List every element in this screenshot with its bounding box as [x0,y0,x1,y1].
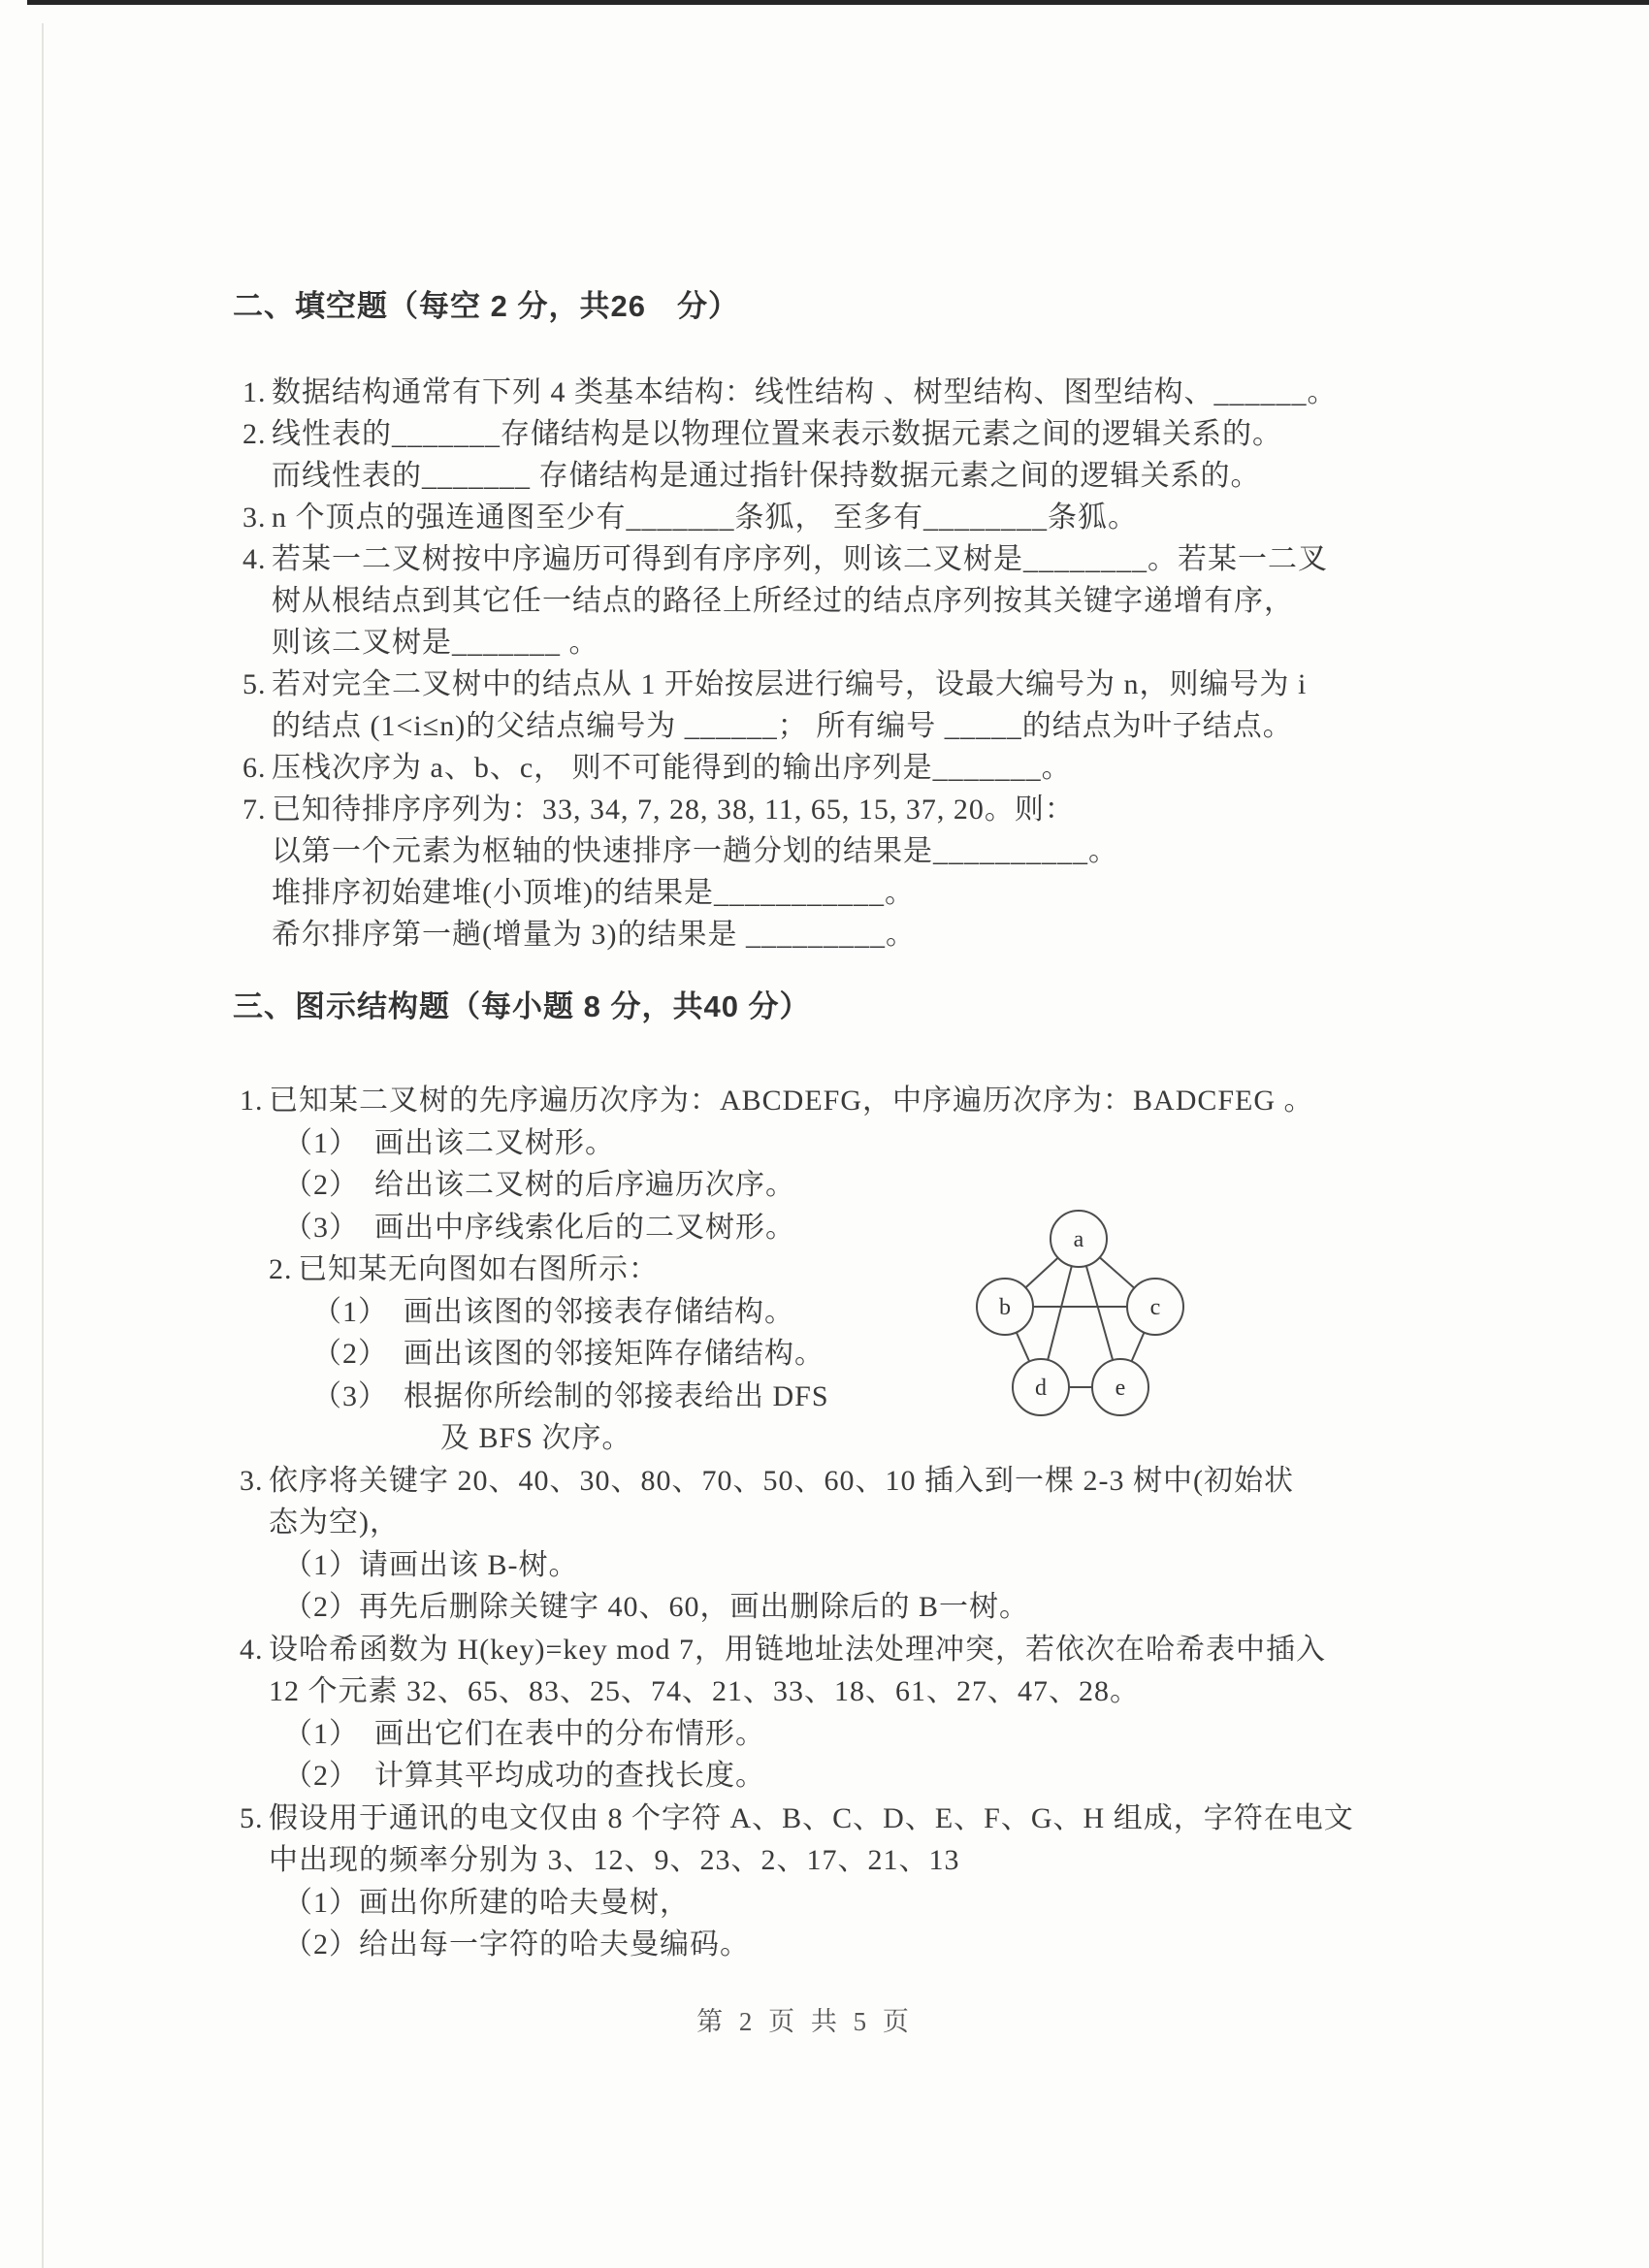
section-title-fill-in-blanks: 二、填空题（每空 2 分，共26 分） [233,287,739,326]
text-line: （3） 画出中序线索化后的二叉树形。 [0,1207,1649,1249]
item-number: 3. [240,1460,264,1503]
text-line: （1）请画出该 B-树。 [0,1544,1649,1587]
section-fill-in-blanks-body: 1.数据结构通常有下列 4 类基本结构：线性结构 、树型结构、图型结构、____… [0,372,1649,956]
scan-top-edge [27,0,1649,5]
text-line: 1.已知某二叉树的先序遍历次序为：ABCDEFG，中序遍历次序为：BADCFEG… [0,1080,1649,1122]
section-title-diagram-questions: 三、图示结构题（每小题 8 分，共40 分） [233,988,811,1026]
line-text: 若对完全二叉树中的结点从 1 开始按层进行编号，设最大编号为 n，则编号为 i [272,664,1307,705]
line-text: 则该二叉树是_______ 。 [272,622,599,664]
line-text: 中出现的频率分别为 3、12、9、23、2、17、21、13 [269,1839,960,1882]
line-text: （2） 计算其平均成功的查找长度。 [283,1755,765,1798]
item-number: 1. [240,1080,264,1122]
line-text: 及 BFS 次序。 [440,1417,631,1460]
text-line: （1） 画出该图的邻接表存储结构。 [0,1291,1649,1334]
item-number: 2. [242,413,267,455]
line-text: 已知待排序序列为：33, 34, 7, 28, 38, 11, 65, 15, … [272,789,1075,830]
graph-node-label: e [1115,1376,1126,1401]
line-text: 以第一个元素为枢轴的快速排序一趟分划的结果是__________。 [272,830,1118,872]
text-line: 中出现的频率分别为 3、12、9、23、2、17、21、13 [0,1839,1649,1882]
line-text: 树从根结点到其它任一结点的路径上所经过的结点序列按其关键字递增有序， [272,580,1294,622]
text-line: 1.数据结构通常有下列 4 类基本结构：线性结构 、树型结构、图型结构、____… [0,372,1649,413]
item-number: 3. [242,497,267,538]
text-line: 12 个元素 32、65、83、25、74、21、33、18、61、27、47、… [0,1670,1649,1713]
page-footer: 第 2 页 共 5 页 [0,2000,1610,2038]
line-text: 若某一二叉树按中序遍历可得到有序序列，则该二叉树是________。若某一二叉 [272,538,1328,580]
text-line: 3.依序将关键字 20、40、30、80、70、50、60、10 插入到一棵 2… [0,1460,1649,1503]
text-line: （2）给出每一字符的哈夫曼编码。 [0,1924,1649,1966]
line-text: （2）再先后删除关键字 40、60，画出删除后的 B一树。 [283,1586,1029,1629]
graph-node-label: d [1035,1376,1047,1401]
text-line: （1） 画出该二叉树形。 [0,1122,1649,1165]
text-line: （1）画出你所建的哈夫曼树， [0,1882,1649,1925]
line-text: 希尔排序第一趟(增量为 3)的结果是 _________。 [272,914,916,956]
text-line: 7.已知待排序序列为：33, 34, 7, 28, 38, 11, 65, 15… [0,789,1649,830]
text-line: 5.假设用于通讯的电文仅由 8 个字符 A、B、C、D、E、F、G、H 组成，字… [0,1798,1649,1840]
line-text: （2）给出每一字符的哈夫曼编码。 [283,1924,750,1966]
item-number: 7. [242,789,267,830]
line-text: （1）画出你所建的哈夫曼树， [283,1882,690,1925]
line-text: 堆排序初始建堆(小顶堆)的结果是___________。 [272,872,915,914]
undirected-graph-figure: abcde [902,1174,1222,1455]
text-line: （2） 计算其平均成功的查找长度。 [0,1755,1649,1798]
text-line: 5.若对完全二叉树中的结点从 1 开始按层进行编号，设最大编号为 n，则编号为 … [0,664,1649,705]
line-text: （1）请画出该 B-树。 [283,1544,579,1587]
text-line: 2.已知某无向图如右图所示： [0,1248,1649,1291]
line-text: 设哈希函数为 H(key)=key mod 7，用链地址法处理冲突，若依次在哈希… [269,1629,1326,1671]
line-text: （2） 画出该图的邻接矩阵存储结构。 [312,1333,824,1376]
line-text: （1） 画出该图的邻接表存储结构。 [312,1291,794,1334]
item-number: 2. [269,1248,293,1291]
item-number: 5. [240,1798,264,1840]
text-line: 堆排序初始建堆(小顶堆)的结果是___________。 [0,872,1649,914]
line-text: 12 个元素 32、65、83、25、74、21、33、18、61、27、47、… [269,1670,1140,1713]
text-line: 则该二叉树是_______ 。 [0,622,1649,664]
line-text: （3） 根据你所绘制的邻接表给出 DFS [312,1376,829,1418]
text-line: 4.设哈希函数为 H(key)=key mod 7，用链地址法处理冲突，若依次在… [0,1629,1649,1671]
text-line: 树从根结点到其它任一结点的路径上所经过的结点序列按其关键字递增有序， [0,580,1649,622]
text-line: 态为空)， [0,1502,1649,1544]
item-number: 6. [242,747,267,789]
text-line: 的结点 (1<i≤n)的父结点编号为 ______； 所有编号 _____的结点… [0,705,1649,747]
item-number: 5. [242,664,267,705]
text-line: 及 BFS 次序。 [0,1417,1649,1460]
line-text: （3） 画出中序线索化后的二叉树形。 [283,1207,795,1249]
text-line: （2）再先后删除关键字 40、60，画出删除后的 B一树。 [0,1586,1649,1629]
line-text: 压栈次序为 a、b、c， 则不可能得到的输出序列是_______。 [272,747,1072,789]
text-line: （2） 画出该图的邻接矩阵存储结构。 [0,1333,1649,1376]
graph-node-label: a [1074,1227,1084,1252]
line-text: （1） 画出它们在表中的分布情形。 [283,1713,765,1756]
text-line: 而线性表的_______ 存储结构是通过指针保持数据元素之间的逻辑关系的。 [0,455,1649,497]
text-line: （2） 给出该二叉树的后序遍历次序。 [0,1164,1649,1207]
line-text: （1） 画出该二叉树形。 [283,1122,615,1165]
text-line: （1） 画出它们在表中的分布情形。 [0,1713,1649,1756]
text-line: （3） 根据你所绘制的邻接表给出 DFS [0,1376,1649,1418]
text-line: 2.线性表的_______存储结构是以物理位置来表示数据元素之间的逻辑关系的。 [0,413,1649,455]
item-number: 1. [242,372,267,413]
text-line: 4.若某一二叉树按中序遍历可得到有序序列，则该二叉树是________。若某一二… [0,538,1649,580]
line-text: 数据结构通常有下列 4 类基本结构：线性结构 、树型结构、图型结构、______… [272,372,1338,413]
graph-node-label: b [999,1295,1011,1320]
text-line: 希尔排序第一趟(增量为 3)的结果是 _________。 [0,914,1649,956]
graph-node-label: c [1150,1295,1161,1320]
line-text: 已知某二叉树的先序遍历次序为：ABCDEFG，中序遍历次序为：BADCFEG 。 [269,1080,1314,1122]
text-line: 3.n 个顶点的强连通图至少有_______条狐， 至多有________条狐。 [0,497,1649,538]
text-line: 6.压栈次序为 a、b、c， 则不可能得到的输出序列是_______。 [0,747,1649,789]
line-text: 线性表的_______存储结构是以物理位置来表示数据元素之间的逻辑关系的。 [272,413,1282,455]
line-text: （2） 给出该二叉树的后序遍历次序。 [283,1164,795,1207]
line-text: 假设用于通讯的电文仅由 8 个字符 A、B、C、D、E、F、G、H 组成，字符在… [269,1798,1354,1840]
line-text: 已知某无向图如右图所示： [298,1248,659,1291]
exam-page: 二、填空题（每空 2 分，共26 分） 1.数据结构通常有下列 4 类基本结构：… [0,0,1649,2268]
section-diagram-questions-body: 1.已知某二叉树的先序遍历次序为：ABCDEFG，中序遍历次序为：BADCFEG… [0,1080,1649,1966]
line-text: n 个顶点的强连通图至少有_______条狐， 至多有________条狐。 [272,497,1138,538]
line-text: 的结点 (1<i≤n)的父结点编号为 ______； 所有编号 _____的结点… [272,705,1293,747]
item-number: 4. [240,1629,264,1671]
text-line: 以第一个元素为枢轴的快速排序一趟分划的结果是__________。 [0,830,1649,872]
line-text: 而线性表的_______ 存储结构是通过指针保持数据元素之间的逻辑关系的。 [272,455,1261,497]
item-number: 4. [242,538,267,580]
line-text: 依序将关键字 20、40、30、80、70、50、60、10 插入到一棵 2-3… [269,1460,1294,1503]
line-text: 态为空)， [269,1502,400,1544]
